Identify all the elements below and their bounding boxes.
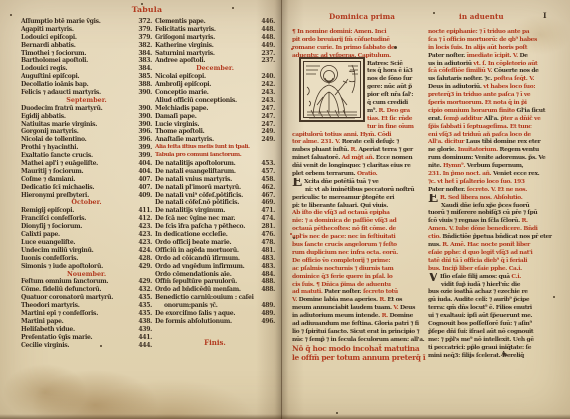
- tabula-entry: Dionyſij ⁊ ſociorum.423.: [21, 223, 152, 231]
- text-line: vidit ſup̃ iudā ⁊ hierl'm̄: die: [428, 281, 564, 289]
- text-line: ſp̃is ſabbati ī ſeptuageſima. Et tunc: [428, 123, 564, 131]
- text-line: VIſio eſaie filij amos: quā C.i.: [428, 273, 564, 281]
- quire-signature: A: [501, 350, 506, 358]
- tabula-entry: Remigij epiſcopi.411.: [21, 207, 152, 215]
- text-line: mini neq̄3: filijs ſcelerat̄. Dereliq̄: [428, 352, 564, 360]
- gutter-shadow: [256, 0, 304, 419]
- tabula-month-heading: October.: [21, 199, 152, 207]
- text-line: minet ſaluatorē. Ad mg̃t añ. Ecce nomen: [292, 154, 426, 162]
- red-ink-dot: [290, 233, 292, 235]
- drop-cap-initial: E: [428, 194, 440, 202]
- tabula-entry: Mathei apl'i ⁊ euāgeliſte.404.: [21, 160, 152, 168]
- ink-speck: [336, 412, 338, 414]
- tabula-entry: Preſentatio ṽgīs marie.441.: [21, 334, 152, 342]
- text-line: ne glorie. Inuitatorium. Regem ventu: [428, 146, 564, 154]
- folio-number: I: [543, 11, 547, 20]
- text-line: tor alme. 231. V. Rorate celi deſup̃: ⁊: [292, 138, 426, 146]
- text-line: gū iuda. Audite celi: ⁊ aurib⁹ p̃cipe: [428, 296, 564, 304]
- tabula-entry: Bernardi abbatis.382.: [21, 42, 152, 50]
- text-line: us ſalutaris noſter. ⁊c. poſtea ſeq̄t. V…: [428, 75, 564, 83]
- running-header-right: in aduentu: [459, 12, 504, 21]
- tabula-entry: Lodouici epiſcopi.379.: [21, 34, 152, 42]
- text-line: ac pſalmis nocturnis ⁊ diurnis tam: [292, 265, 426, 273]
- ink-speck: [553, 296, 555, 298]
- text-line: nubes pluant iuſtū. R. Aperiat terra ⁊ g…: [292, 146, 426, 154]
- tabula-entry: Cecilie virginis.444.: [21, 342, 152, 350]
- ink-speck: [522, 148, 524, 150]
- text-line: tuorū ⁊ miſerere nobiſq̄3 cū pr̄e ⁊ ſpū: [428, 209, 564, 217]
- text-line: pi: te liberante ſaluari. Qui viuis.: [292, 202, 426, 210]
- tabula-entry: Martini pape.438.: [21, 318, 152, 326]
- text-line: in locis ſuis. In alijs aūt horis poſt: [428, 44, 564, 52]
- tabula-entry: Franciſci confeſſoris.412.: [21, 215, 152, 223]
- text-line: eſaie pph̄e: d̄ quo legit̃ vſq̄3 ad nat'…: [428, 249, 564, 257]
- tabula-entry: Theodori martyris.435.: [21, 302, 152, 310]
- tabula-entry: Mauritij ⁊ ſociorum.404.: [21, 168, 152, 176]
- tabula-entry: Timothei ⁊ ſociorum.384.: [21, 50, 152, 58]
- text-line: tatē dn̄i tā ī officia dieb⁹ q̄ ī ferial…: [428, 257, 564, 265]
- text-line: romane curie. In primo ſabbato de: [292, 44, 426, 52]
- tabula-entry: Exaltatio ſancte crucis.399.: [21, 152, 152, 160]
- tabula-entry: Iuonis confeſſoris.428.: [21, 255, 152, 263]
- text-line: V. Domine labia mea aperies. R. Et os: [292, 296, 426, 304]
- tabula-entry: Coſme ⁊ damiani.407.: [21, 176, 152, 184]
- text-line: Cognouit bos poſſeſſorē ſuū: ⁊ aſin⁹: [428, 320, 564, 328]
- text-line: cis ſuis. ¶ Dn̄ica p̃ima de aduentu: [292, 281, 426, 289]
- text-line: bus. Incip̃ liber eſaie pph̄e. Ca.i.: [428, 265, 564, 273]
- text-line: tur in fine oīum: [292, 123, 426, 131]
- left-page-tabula: Tabula Aſſumptio btē marie ṽgis.372.Agap…: [8, 4, 274, 412]
- text-line: us in adiutoriū vt. ſ. In cōpletorio aūt: [428, 60, 564, 68]
- text-line: ad matuti. Pater noſter. ſecreto totū: [292, 288, 426, 296]
- text-line: octauā pēthecoſtes: nō fit cōme. de: [292, 225, 426, 233]
- tabula-entry: Heliſabeth vidue.439.: [21, 326, 152, 334]
- ink-speck: [10, 14, 12, 16]
- tabula-title: Tabula: [8, 5, 274, 14]
- text-line: apl'is nec de pace: nec in feſtiuitati: [292, 233, 426, 241]
- drop-cap-initial: V: [428, 273, 440, 281]
- ink-speck: [433, 12, 435, 14]
- text-line: Xaudi dn̄e ieſu xp̃e p̃ces ſuorū: [428, 202, 564, 210]
- text-line: le offm̄ per totum annum preterq̄ ī: [292, 353, 426, 363]
- text-line: All'a. dicitur Laus tibi domine rex eter: [428, 138, 564, 146]
- text-line: 231. In p̃mo noct. añ. Veniet ecce rex.: [428, 170, 564, 178]
- tabula-entry: Prothi ⁊ hyacinthi.399.: [21, 144, 152, 152]
- tabula-month-heading: Nouember.: [21, 271, 152, 279]
- text-line: Pater noſter. īmediate īcipit. V. De: [428, 52, 564, 60]
- tabula-entry: Cōme. fideliū defunctorū.432.: [21, 286, 152, 294]
- text-line: in adiutorium meum intende. R. Domine: [292, 312, 426, 320]
- text-line: De officio v̄o completorij ⁊ prime:: [292, 257, 426, 265]
- tabula-entry: Decollatio ioānis bap.388.: [21, 81, 152, 89]
- text-line: ⁊c. vt het̃ ī pſalterio loco ſuo. 193: [428, 178, 564, 186]
- text-line: ER. Sed libera nos. Abſolutio.: [428, 194, 564, 202]
- text-line: EXcita dn̄e potētiā tuā ⁊ ve: [292, 178, 426, 186]
- text-line: dominice q̄3 ferie quere in pſal. lo: [292, 273, 426, 281]
- running-header-left: Dominica prima: [329, 12, 395, 21]
- tabula-entry: Dedicatio ſcī michaelis.407.: [21, 184, 152, 192]
- tabula-entry: Gorgonij martyris.396.: [21, 128, 152, 136]
- tabula-entry: Aſſumptio btē marie ṽgis.372.: [21, 18, 152, 26]
- tabula-entry: Egidij abbatis.390.: [21, 113, 152, 121]
- text-line: ni: vt ab iminētibus peccatorū noſtrū: [292, 186, 426, 194]
- tabula-entry: Martini epī ⁊ confeſſoris.435.: [21, 310, 152, 318]
- tabula-entry: Undecim miliū virginū.424.: [21, 247, 152, 255]
- tabula-entry: Luce euangeliſte.423.: [21, 239, 152, 247]
- text-line: periculis: te mereamur p̃tegēte eri: [292, 194, 426, 202]
- tabula-entry: Quatuor coronatorū martyrū.435.: [21, 294, 152, 302]
- text-line: meum annunciabit laudem tuam. V. Deus: [292, 304, 426, 312]
- text-line: bus ozie ioathā achaz ⁊ ezechie re: [428, 288, 564, 296]
- text-line: ſca ⁊ ī officio mortuorū: de qb⁹ habes: [428, 36, 564, 44]
- text-line: ſcō viuis ⁊ regnas in ſc̄la ſc̄lorū. R.: [428, 217, 564, 225]
- tabula-month-heading: September.: [21, 97, 152, 105]
- red-ink-dot: [291, 48, 293, 50]
- tabula-entry: Feſtum omnium ſanctorum.429.: [21, 278, 152, 286]
- tabula-column-1: Aſſumptio btē marie ṽgis.372.Agapiti mar…: [21, 18, 152, 349]
- text-line: nocte epiphanie: ⁊ ī triduo ante pa: [428, 28, 564, 36]
- text-line: Amen. V. Iube dōne benedicere. Bn̄di: [428, 225, 564, 233]
- tabula-entry: Lodouici regis.384.: [21, 65, 152, 73]
- ink-speck: [338, 57, 340, 59]
- text-line: Pater noſter. ſecreto. V. Et ne nos.: [428, 186, 564, 194]
- ink-speck: [141, 3, 143, 5]
- text-line: bus ſancte crucis angelorum ⁊ feſto: [292, 241, 426, 249]
- tabula-entry: Bartholomei apoſtoli.383.: [21, 57, 152, 65]
- page-bottom-edge: [0, 414, 570, 419]
- tabula-entry: Nicolai de tollentino.396.: [21, 136, 152, 144]
- tabula-entry: Auguſtini epiſcopi.385.: [21, 73, 152, 81]
- text-line: nūc ⁊ ſemp̃ ⁊ in ſecula ſeculorum amen: …: [292, 336, 426, 344]
- text-line: ti peccatrici: pp̃lo graui iniq̄tate: ſe: [428, 344, 564, 352]
- text-line: p̃ſepe dn̄i ſui: iſrael aūt nō cognouit: [428, 328, 564, 336]
- text-line: ſcā cōfeſſiōe ſimiliū V. Cōuerte nos de: [428, 67, 564, 75]
- book-scan: Tabula Aſſumptio btē marie ṽgis.372.Agap…: [0, 0, 570, 419]
- text-line: capitulorū totius anni. Hym̄. Cōdi: [292, 131, 426, 139]
- text-line: pit ordo breuiarij ſm̄ cōſuetudinē: [292, 36, 426, 44]
- tabula-entry: Duodecim fratrū martyrū.390.: [21, 105, 152, 113]
- gutter-crease: [281, 0, 282, 419]
- saint-woodcut-initial-image: [299, 57, 365, 122]
- text-line: rum duplicium nec infra octa. eorū.: [292, 249, 426, 257]
- text-line: erat. ſemp̃ additur All'a. p̃ter a dn̄ic…: [428, 115, 564, 123]
- text-line: eni vſq̄3 ad triduū añ paſca loco de: [428, 131, 564, 139]
- text-line: nie: ⁊ a dominica de paſſiōe vſq̄3 ad: [292, 217, 426, 225]
- text-line: lio ⁊ ſpiritui ſancto. Sicut erat in pri…: [292, 328, 426, 336]
- text-line: preterq̄3 in triduo ante paſca ⁊ ī ve: [428, 91, 564, 99]
- text-line: Ab iſto die vſq̄3 ad octauā epipha: [292, 209, 426, 217]
- text-line: Deus in adiutoriū. vt habes loco ſuo:: [428, 83, 564, 91]
- text-line: dn̄i venit de longinquo: ⁊ claritas eius…: [292, 162, 426, 170]
- text-line: Nō q̄ hoc modo incohat̃ matutina: [292, 344, 426, 354]
- text-line: me: ⁊ pp̃l's me⁹ nō intellexit. Ueh gē: [428, 336, 564, 344]
- ink-speck: [232, 7, 234, 9]
- text-line: plet orbem terrarum. Oratio.: [292, 170, 426, 178]
- text-column-2: nocte epiphanie: ⁊ ī triduo ante paſca ⁊…: [428, 28, 564, 359]
- text-line: nus. R. Amē. Hac nocte ponit̃ liber: [428, 241, 564, 249]
- ink-speck: [394, 46, 397, 49]
- tabula-entry: Natiuitas marie virginis.390.: [21, 121, 152, 129]
- text-line: rum dominum: Venite adoremus. p̃s. Ve: [428, 154, 564, 162]
- text-line: ctio. Bn̄dictiōe p̃petua bn̄dicat nos pr…: [428, 233, 564, 241]
- ink-speck: [293, 237, 295, 239]
- text-line: ui ⁊ exaltaui: ipſi aūt ſp̃euerunt me.: [428, 312, 564, 320]
- text-line: nite. Hymn⁹. Verbum ſupernum,: [428, 162, 564, 170]
- tabula-entry: Calixti pape.423.: [21, 231, 152, 239]
- text-line: ſperis mortuorum. Et nota q̄ in p̃i: [428, 99, 564, 107]
- text-line: ad adiuuandum me feſtina. Gloria patri ⁊…: [292, 320, 426, 328]
- text-line: ¶ In nomine domini: Amen. Inci: [292, 28, 426, 36]
- ink-speck: [100, 345, 102, 347]
- right-page-advent-office: Dominica prima in aduentu I ¶ In nomine …: [287, 4, 567, 414]
- text-line: cipio omnium horarum finito Gl'ia ſicut: [428, 107, 564, 115]
- text-line: terra: qm̄ dn̄s locut⁹ ē. Filios enutri: [428, 304, 564, 312]
- tabula-entry: Agapiti martyris.379.: [21, 26, 152, 34]
